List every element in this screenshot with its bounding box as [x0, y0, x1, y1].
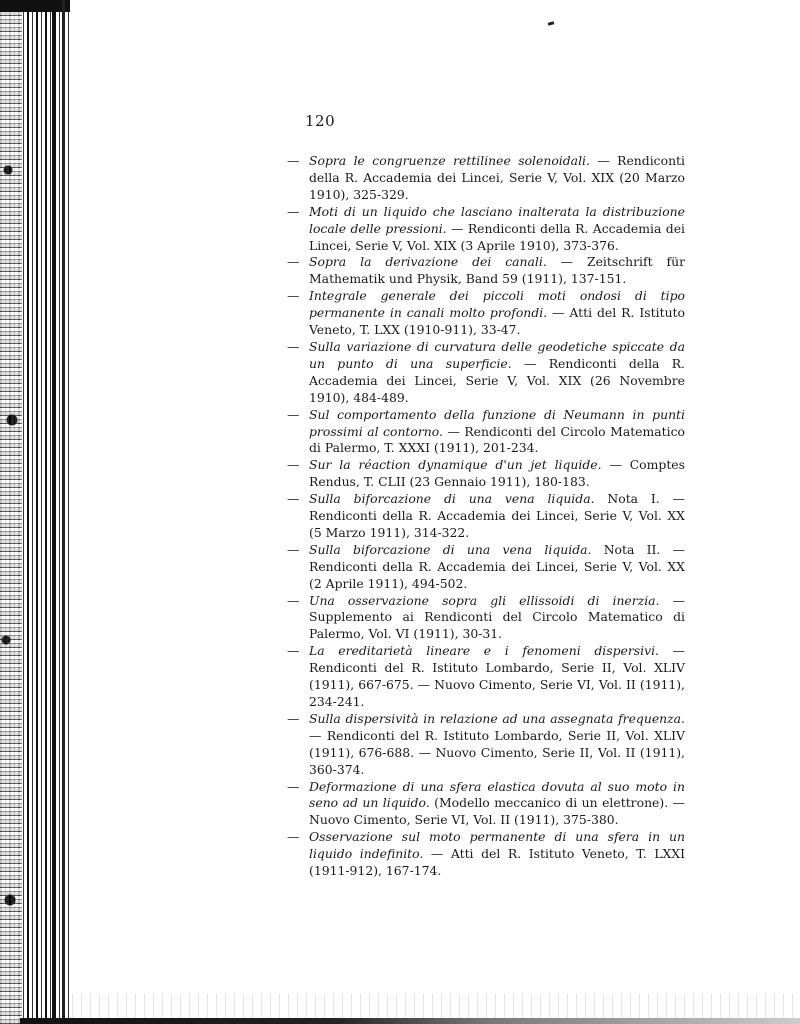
entry-dash: —: [287, 153, 299, 170]
entry-title: La ereditarietà lineare e i fenomeni dis…: [309, 643, 659, 658]
entry-dash: —: [287, 542, 299, 559]
page-bottom-edge: [20, 1018, 800, 1024]
ink-mark: [548, 21, 555, 25]
bibliography-entry: —Osservazione sul moto permanente di una…: [285, 829, 685, 880]
entry-title: Sopra le congruenze rettilinee solenoida…: [309, 153, 590, 168]
bibliography-entry: —Sulla biforcazione di una vena liquida.…: [285, 491, 685, 542]
bibliography-entry: —Sulla biforcazione di una vena liquida.…: [285, 542, 685, 593]
entry-dash: —: [287, 829, 299, 846]
entry-title: Sur la réaction dynamique d'un jet liqui…: [309, 457, 602, 472]
entry-dash: —: [287, 407, 299, 424]
binding-rule: [52, 0, 55, 1020]
bibliography-entry: —Sur la réaction dynamique d'un jet liqu…: [285, 457, 685, 491]
entry-dash: —: [287, 711, 299, 728]
scanned-binding-edge: [0, 0, 70, 1024]
entry-dash: —: [287, 491, 299, 508]
bibliography-entry: —Integrale generale dei piccoli moti ond…: [285, 288, 685, 339]
bibliography-entry: —Sulla dispersività in relazione ad una …: [285, 711, 685, 779]
bibliography-entry: —Sulla variazione di curvatura delle geo…: [285, 339, 685, 407]
entry-dash: —: [287, 643, 299, 660]
bibliography-entry: —Sul comportamento della funzione di Neu…: [285, 407, 685, 458]
bibliography-entry: —Moti di un liquido che lasciano inalter…: [285, 204, 685, 255]
entry-title: Sulla dispersività in relazione ad una a…: [309, 711, 685, 726]
entry-title: Sopra la derivazione dei canali.: [309, 254, 547, 269]
page-number: 120: [305, 112, 335, 130]
entry-dash: —: [287, 457, 299, 474]
bibliography-entry: —Sopra la derivazione dei canali. — Zeit…: [285, 254, 685, 288]
binding-shadow: [0, 0, 70, 12]
entry-dash: —: [287, 204, 299, 221]
entry-dash: —: [287, 593, 299, 610]
bibliography-entry: —Deformazione di una sfera elastica dovu…: [285, 779, 685, 830]
entry-title: Sulla biforcazione di una vena liquida.: [309, 491, 595, 506]
entry-title: Una osservazione sopra gli ellissoidi di…: [309, 593, 660, 608]
bibliography-list: —Sopra le congruenze rettilinee solenoid…: [285, 153, 685, 880]
scan-noise: [60, 994, 800, 1018]
binding-rule: [62, 0, 65, 1020]
entry-citation: — Rendiconti del R. Istituto Lombardo, S…: [309, 728, 685, 777]
bibliography-entry: —La ereditarietà lineare e i fenomeni di…: [285, 643, 685, 711]
entry-dash: —: [287, 288, 299, 305]
bibliography-entry: —Sopra le congruenze rettilinee solenoid…: [285, 153, 685, 204]
entry-dash: —: [287, 254, 299, 271]
entry-title: Sulla biforcazione di una vena liquida.: [309, 542, 591, 557]
entry-dash: —: [287, 339, 299, 356]
bibliography-entry: —Una osservazione sopra gli ellissoidi d…: [285, 593, 685, 644]
entry-dash: —: [287, 779, 299, 796]
